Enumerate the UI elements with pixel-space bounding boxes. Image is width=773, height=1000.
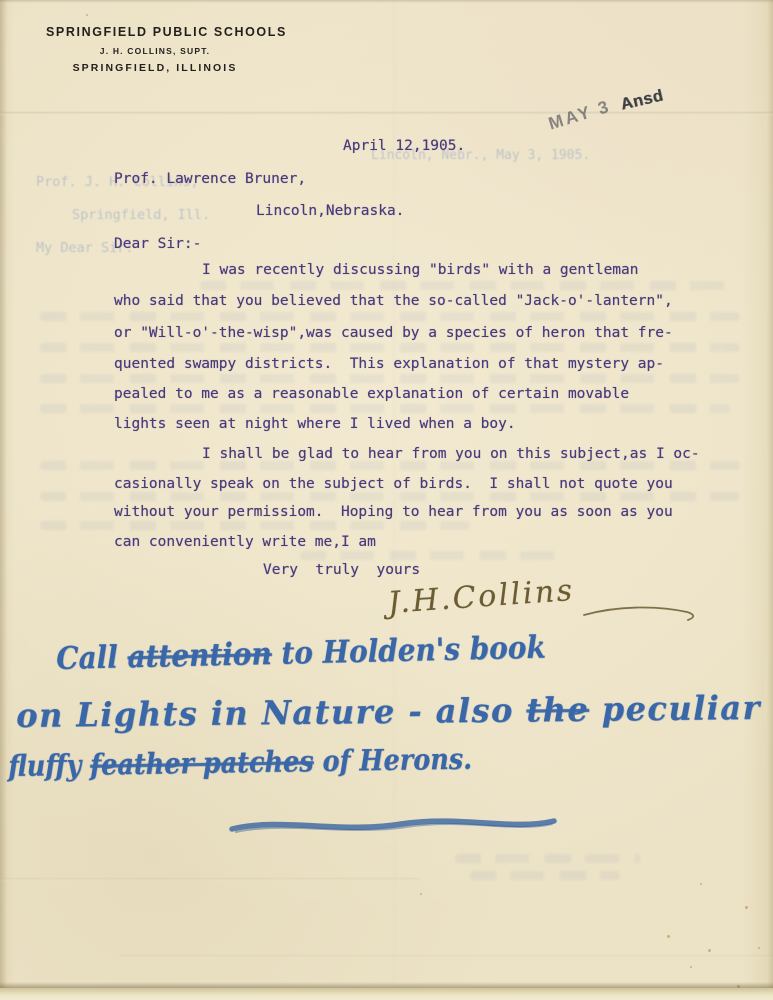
paper-edge-top [0,0,773,3]
bleedthrough-stripe [40,312,740,321]
body-line: who said that you believed that the so-c… [114,293,673,309]
paper-speck [708,949,711,952]
letter-page: SPRINGFIELD PUBLIC SCHOOLS J. H. COLLINS… [0,0,773,1000]
paper-edge-underlay [0,988,773,1000]
paper-edge-right [767,0,773,1000]
date-line: April 12,1905. [343,138,465,154]
letterhead-school-name: SPRINGFIELD PUBLIC SCHOOLS [46,25,264,39]
body-line: or "Will-o'-the-wisp",was caused by a sp… [114,325,673,341]
bleedthrough-stripe [455,854,640,863]
note-struck-word: attention [127,636,272,675]
body-line: quented swampy districts. This explanati… [114,356,664,372]
body-line: casionally speak on the subject of birds… [114,476,673,492]
bleedthrough-stripe [40,343,740,352]
body-line: I was recently discussing "birds" with a… [202,262,639,278]
body-line: can conveniently write me,I am [114,534,376,550]
note-struck-word: feather patches [90,744,314,782]
handwritten-note-line-3: fluffy feather patches of Herons. [8,742,472,783]
note-text: of Herons. [313,742,472,779]
paper-speck [758,947,760,949]
note-text: Call [56,639,128,677]
bleedthrough-stripe [40,404,730,413]
bleedthrough-stripe [40,461,740,470]
answered-stamp: Ansd [619,87,665,115]
bleedthrough-stripe [40,492,740,501]
fold-crease [0,112,773,115]
paper-speck [690,966,692,968]
note-text: to Holden's book [271,630,546,672]
signature-flourish [582,599,700,629]
closing-line: Very truly yours [263,562,420,578]
body-line: lights seen at night where I lived when … [114,416,516,432]
bleedthrough-stripe [300,551,560,560]
fold-crease [0,878,420,881]
underline-flourish [226,812,560,840]
received-date-stamp: MAY 3 [546,96,613,135]
bleedthrough-stripe [200,281,730,290]
note-struck-word: the [526,690,589,730]
note-text: fluffy [8,748,90,783]
letterhead: SPRINGFIELD PUBLIC SCHOOLS J. H. COLLINS… [46,25,264,74]
paper-speck [745,906,748,909]
paper-speck [86,14,88,16]
salutation-line: Dear Sir:- [114,236,201,252]
letterhead-city: SPRINGFIELD, ILLINOIS [46,62,264,74]
paper-speck [700,883,702,885]
bleedthrough-city: Springfield, Ill. [72,207,210,223]
fold-crease [120,955,773,958]
body-line: I shall be glad to hear from you on this… [202,446,700,462]
paper-edge-left [0,0,7,1000]
paper-speck [667,935,670,938]
recipient-line: Prof. Lawrence Bruner, [114,171,306,187]
body-line: without your permissiom. Hoping to hear … [114,504,673,520]
bleedthrough-stripe [40,374,740,383]
recipient-city-line: Lincoln,Nebraska. [256,203,404,219]
scanned-letter: SPRINGFIELD PUBLIC SCHOOLS J. H. COLLINS… [0,0,773,1000]
note-text: on Lights in Nature - also [16,690,527,735]
bleedthrough-stripe [470,871,620,880]
letterhead-superintendent: J. H. COLLINS, SUPT. [46,46,264,56]
handwritten-note-line-1: Call attention to Holden's book [56,630,546,677]
paper-speck [420,893,422,895]
note-text: peculiar [589,688,761,729]
signature: J.H.Collins [387,573,576,621]
bleedthrough-stripe [40,521,470,530]
body-line: pealed to me as a reasonable explanation… [114,386,629,402]
handwritten-note-line-2: on Lights in Nature - also the peculiar [16,688,761,735]
